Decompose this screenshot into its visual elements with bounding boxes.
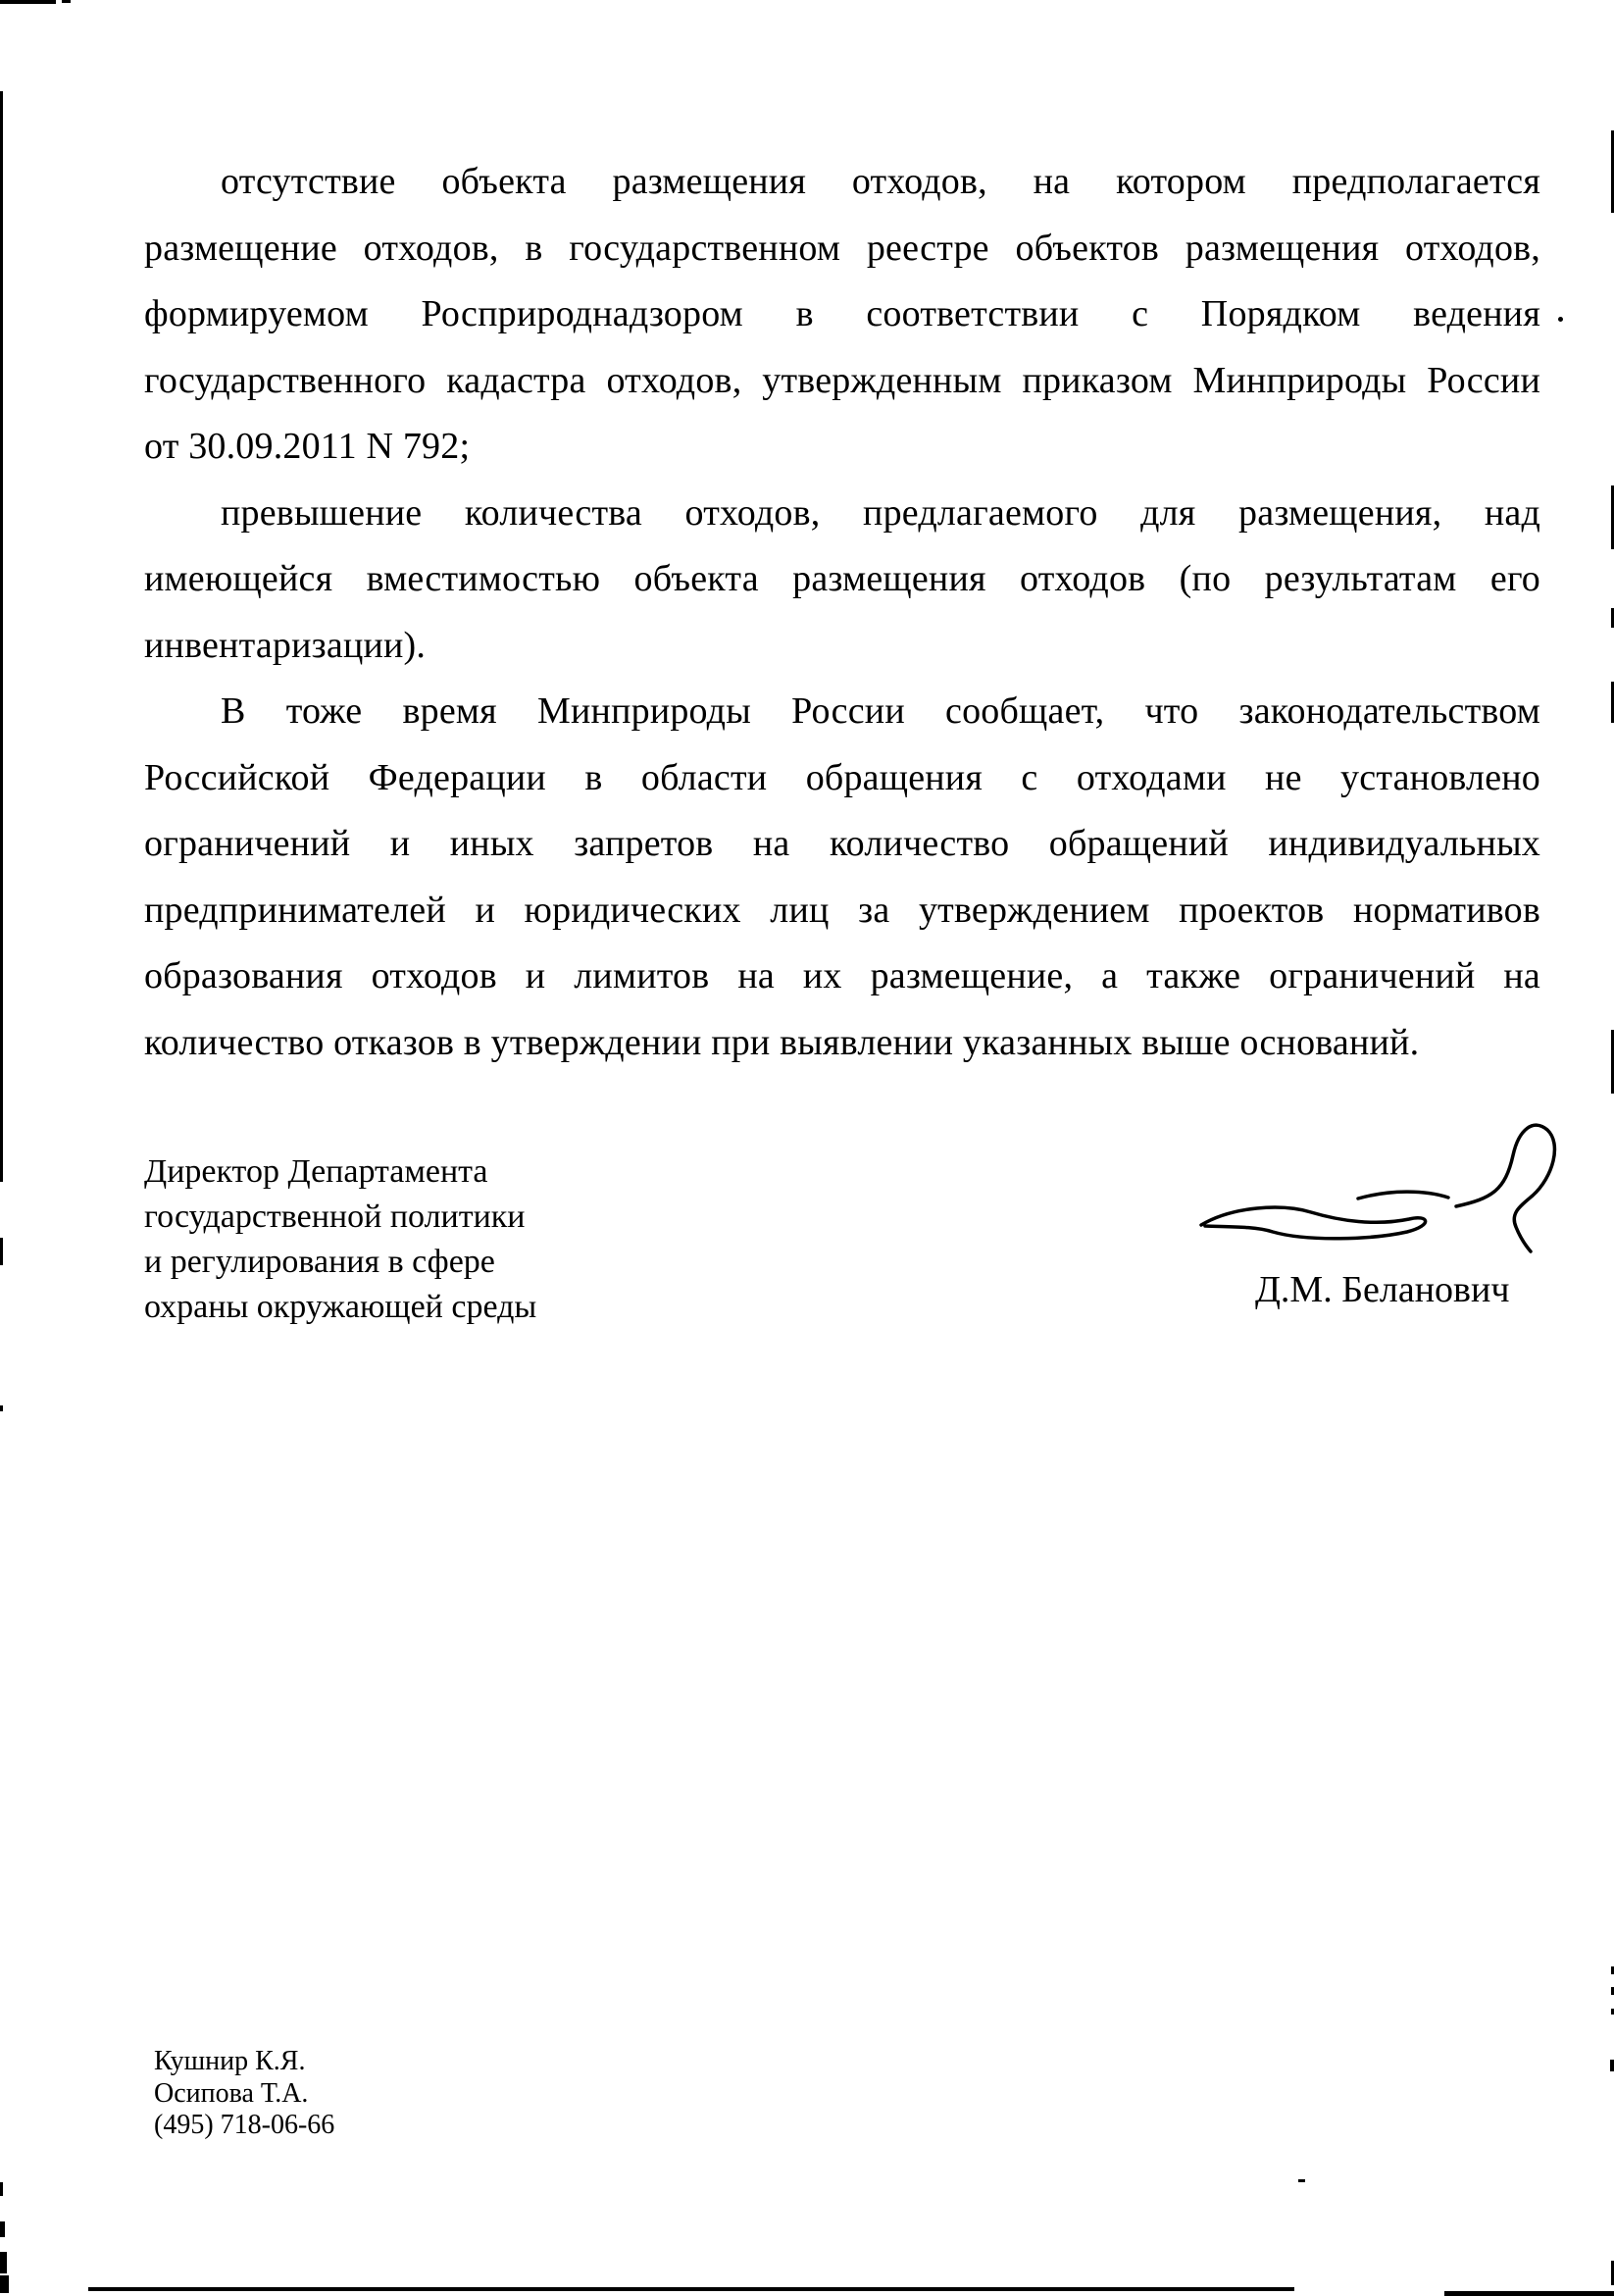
scan-artifact-left-blob xyxy=(0,2275,9,2293)
footer-phone: (495) 718-06-66 xyxy=(154,2110,334,2142)
paragraph1-line3: формируемом Росприроднадзором в соответс… xyxy=(144,281,1540,348)
paragraph1-line4: государственного кадастра отходов, утвер… xyxy=(144,348,1540,415)
paragraph3-line2: Российской Федерации в области обращения… xyxy=(144,745,1540,812)
paragraph3-line1: В тоже время Минприроды России сообщает,… xyxy=(144,679,1540,745)
scan-artifact-topleft-tick xyxy=(62,0,71,3)
paragraph1-line5: от 30.09.2011 N 792; xyxy=(144,414,1540,481)
scan-artifact-left-tick xyxy=(0,1405,3,1411)
signer-position-block: Директор Департамента государственной по… xyxy=(144,1149,536,1330)
paragraph2-line1: превышение количества отходов, предлагае… xyxy=(144,481,1540,547)
scan-artifact-bottom-line xyxy=(88,2287,1294,2291)
paragraph3-line6: количество отказов в утверждении при выя… xyxy=(144,1010,1540,1077)
signer-position-line4: охраны окружающей среды xyxy=(144,1285,536,1330)
scan-artifact-bottom-line xyxy=(1444,2291,1614,2296)
paragraph3-line5: образования отходов и лимитов на их разм… xyxy=(144,944,1540,1010)
paragraph3-line4: предпринимателей и юридических лиц за ут… xyxy=(144,878,1540,944)
scan-artifact-left-blob xyxy=(0,2221,5,2237)
scan-artifact-left-blob xyxy=(0,2252,7,2273)
paragraph2-line2: имеющейся вместимостью объекта размещени… xyxy=(144,546,1540,613)
paragraph3-line3: ограничений и иных запретов на количеств… xyxy=(144,811,1540,878)
signer-name: Д.М. Беланович xyxy=(1255,1268,1509,1311)
handwritten-signature-icon xyxy=(1162,1097,1574,1258)
paragraph1-line2: размещение отходов, в государственном ре… xyxy=(144,216,1540,282)
scanned-letter-page: отсутствие объекта размещения отходов, н… xyxy=(0,0,1614,2296)
scan-artifact-topleft-bar xyxy=(0,0,56,4)
signer-position-line1: Директор Департамента xyxy=(144,1149,536,1195)
paragraph1-line1: отсутствие объекта размещения отходов, н… xyxy=(144,149,1540,216)
footer-contact-1: Кушнир К.Я. xyxy=(154,2046,334,2078)
signer-position-line2: государственной политики xyxy=(144,1195,536,1240)
scan-artifact-left-blob xyxy=(0,2182,3,2196)
scan-artifact-speck xyxy=(1558,317,1563,322)
scan-artifact-right-tick xyxy=(1610,2060,1614,2071)
scan-artifact-speck xyxy=(1298,2179,1305,2182)
paragraph2-line3: инвентаризации). xyxy=(144,613,1540,680)
letter-body: отсутствие объекта размещения отходов, н… xyxy=(144,149,1540,1076)
footer-contact-2: Осипова Т.А. xyxy=(154,2078,334,2111)
scan-artifact-left-line xyxy=(0,91,3,1182)
footer-contacts: Кушнир К.Я. Осипова Т.А. (495) 718-06-66 xyxy=(154,2046,334,2142)
scan-artifact-left-line xyxy=(0,1238,3,1265)
signer-position-line3: и регулирования в сфере xyxy=(144,1240,536,1285)
